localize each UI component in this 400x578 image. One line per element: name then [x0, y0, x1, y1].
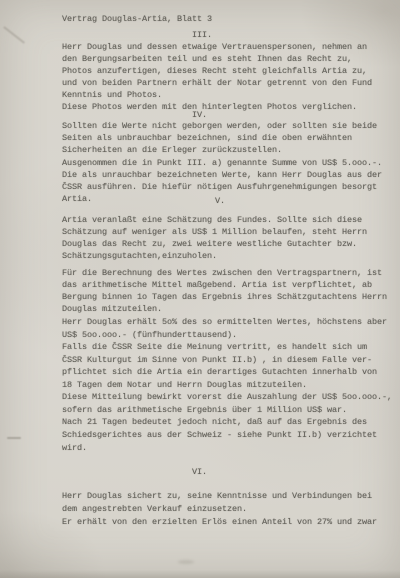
- document-line: Er erhält von den erzielten Erlös einen …: [62, 516, 396, 529]
- document-line: sofern das arithmetische Ergebnis über 1…: [62, 404, 396, 417]
- document-line: Bergung binnen 1o Tagen das Ergebnis ihr…: [62, 291, 396, 303]
- paragraph: Artia veranlaßt eine Schätzung des Funde…: [62, 214, 396, 262]
- document-page: Vertrag Douglas-Artia, Blatt 3III.Herr D…: [0, 0, 400, 578]
- document-line: Artia.V.: [62, 193, 396, 205]
- document-line: Schiedsgerichtes aus der Schweiz - siehe…: [62, 429, 396, 442]
- document-line: ČSSR ausführen. Die hiefür nötigen Ausfu…: [62, 181, 396, 193]
- document-line: Herr Douglas erhält 5o% des so ermittelt…: [62, 316, 396, 329]
- document-line: dem angestrebten Verkauf einzusetzen.: [62, 503, 396, 516]
- document-line: 18 Tagen dem Notar und Herrn Douglas mit…: [62, 379, 396, 392]
- section-heading: III.: [62, 29, 396, 41]
- document-line: Schätzungsgutachten,einzuholen.: [62, 250, 396, 262]
- paper-smudge-mark: [178, 560, 194, 564]
- document-line: Für die Berechnung des Wertes zwischen d…: [62, 267, 396, 279]
- document-line: Herr Douglas sichert zu, seine Kenntniss…: [62, 490, 396, 503]
- document-line: Sicherheiten an die Erleger zurückzustel…: [62, 144, 396, 156]
- margin-pencil-mark: [7, 437, 21, 439]
- paragraph: Vertrag Douglas-Artia, Blatt 3: [62, 13, 396, 25]
- document-line: Falls die ČSSR Seite die Meinung vertrit…: [62, 341, 396, 354]
- section-heading: V.: [215, 195, 225, 207]
- document-line: Douglas das Recht zu, zwei weitere westl…: [62, 238, 396, 250]
- document-line: US$ 5oo.ooo.- (fünfhunderttausend).: [62, 329, 396, 342]
- document-line: Douglas mitzuteilen.: [62, 303, 396, 315]
- document-line: Schätzung auf weniger als US$ 1 Million …: [62, 226, 396, 238]
- document-line: Ausgenommen die in Punkt III. a) genannt…: [62, 157, 396, 169]
- section-heading: VI.: [62, 466, 396, 478]
- document-line: das arithmetische Mittel maßgebend. Arti…: [62, 279, 396, 291]
- document-line: Herr Douglas und dessen etwaige Vertraue…: [62, 41, 396, 53]
- document-line-text: Artia.: [62, 194, 92, 204]
- document-line: ČSSR Kulturgut im Sinne von Punkt II.b) …: [62, 354, 396, 367]
- document-line: Seiten als unbrauchbar bezeichnen, sind …: [62, 132, 396, 144]
- document-line: und von beiden Partnern erhält der Notar…: [62, 77, 396, 89]
- document-line: wird.: [62, 442, 396, 455]
- document-line: Artia veranlaßt eine Schätzung des Funde…: [62, 214, 396, 226]
- document-line: Diese Mitteilung bewirkt vorerst die Aus…: [62, 391, 396, 404]
- paragraph: Sollten die Werte nicht geborgen werden,…: [62, 120, 396, 204]
- paper-crease-mark: [4, 26, 25, 43]
- paragraph: Herr Douglas erhält 5o% des so ermittelt…: [62, 316, 396, 454]
- document-line: Photos anzufertigen, dieses Recht steht …: [62, 65, 396, 77]
- document-line: den Bergungsarbeiten teil und es steht I…: [62, 53, 396, 65]
- document-line: Kenntnis und Photos.: [62, 89, 396, 101]
- document-line: Diese Photos werden mit den hinterlegten…: [62, 101, 396, 113]
- typewritten-text: Vertrag Douglas-Artia, Blatt 3III.Herr D…: [62, 13, 396, 529]
- document-line: pflichtet sich die Artia ein derartiges …: [62, 366, 396, 379]
- document-line: Vertrag Douglas-Artia, Blatt 3: [62, 13, 396, 25]
- document-line: Nach 21 Tagen bedeutet jedoch nicht, daß…: [62, 416, 396, 429]
- paragraph: Herr Douglas sichert zu, seine Kenntniss…: [62, 490, 396, 529]
- paragraph: Für die Berechnung des Wertes zwischen d…: [62, 267, 396, 315]
- document-line: Die als unrauchbar bezeichneten Werte, k…: [62, 169, 396, 181]
- document-line: Sollten die Werte nicht geborgen werden,…: [62, 120, 396, 132]
- paragraph: Herr Douglas und dessen etwaige Vertraue…: [62, 41, 396, 113]
